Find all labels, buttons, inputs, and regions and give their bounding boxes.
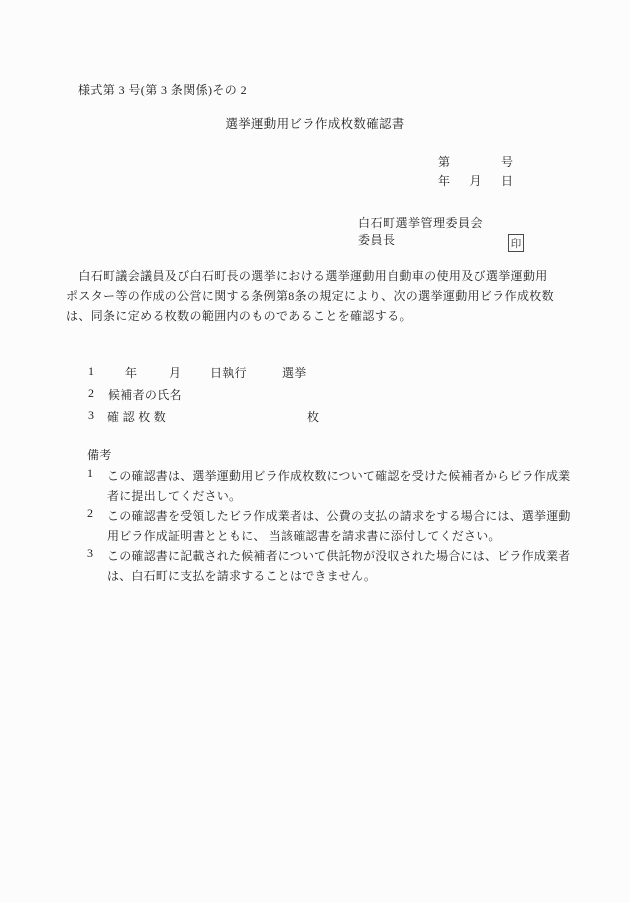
item-unit-label: 枚	[307, 408, 319, 425]
document-title: 選挙運動用ビラ作成枚数確認書	[0, 114, 630, 132]
body-line: は、同条に定める枚数の範囲内のものであることを確認する。	[66, 306, 566, 326]
doc-number-prefix: 第	[438, 153, 450, 170]
doc-number-suffix: 号	[501, 153, 513, 170]
note-line: は、白石町に支払を請求することはできません。	[107, 566, 568, 586]
item-month-label: 月	[169, 364, 181, 381]
item-number: 1	[88, 364, 94, 379]
note-line: この確認書を受領したビラ作成業者は、公費の支払の請求をする場合には、選挙運動	[107, 506, 568, 526]
seal-character: 印	[511, 236, 522, 251]
note-line: この確認書は、選挙運動用ビラ作成枚数について確認を受けた候補者からビラ作成業	[107, 466, 568, 486]
note-item: 3 この確認書に記載された候補者について供託物が没収された場合には、ビラ作成業者…	[66, 546, 568, 586]
note-item: 2 この確認書を受領したビラ作成業者は、公費の支払の請求をする場合には、選挙運動…	[66, 506, 568, 546]
form-number: 様式第 3 号(第 3 条関係)その 2	[78, 81, 247, 98]
note-line: 者に提出してください。	[107, 486, 568, 506]
item-year-label: 年	[125, 364, 137, 381]
note-number: 1	[87, 466, 93, 481]
date-year-label: 年	[438, 172, 450, 189]
item-election-date: 1 年 月 日執行 選挙	[66, 364, 566, 380]
item-candidate-name: 2 候補者の氏名	[66, 386, 566, 402]
date-line: 年 月 日	[438, 172, 513, 189]
seal-box: 印	[508, 234, 524, 252]
body-line: ポスター等の作成の公営に関する条例第8条の規定により、次の選挙運動用ビラ作成枚数	[66, 286, 566, 306]
body-line: 白石町議会議員及び白石町長の選挙における選挙運動用自動車の使用及び選挙運動用	[66, 266, 566, 286]
date-month-label: 月	[469, 172, 481, 189]
issuer-organization: 白石町選挙管理委員会	[358, 214, 483, 231]
date-day-label: 日	[501, 172, 513, 189]
document-page: 様式第 3 号(第 3 条関係)その 2 選挙運動用ビラ作成枚数確認書 第 号 …	[0, 0, 630, 903]
notes-heading: 備考	[87, 446, 112, 463]
note-line: この確認書に記載された候補者について供託物が没収された場合には、ビラ作成業者	[107, 546, 568, 566]
note-item: 1 この確認書は、選挙運動用ビラ作成枚数について確認を受けた候補者からビラ作成業…	[66, 466, 568, 506]
note-number: 3	[87, 546, 93, 561]
item-confirmed-count: 3 確 認 枚 数 枚	[66, 408, 566, 424]
doc-number-line: 第 号	[438, 153, 513, 170]
issuer-title: 委員長	[358, 231, 396, 248]
item-day-exec-label: 日執行	[210, 364, 247, 381]
item-count-label: 確 認 枚 数	[107, 408, 166, 425]
item-candidate-label: 候補者の氏名	[108, 386, 182, 403]
item-election-label: 選挙	[282, 364, 307, 381]
body-paragraph: 白石町議会議員及び白石町長の選挙における選挙運動用自動車の使用及び選挙運動用 ポ…	[66, 266, 566, 326]
note-line: 用ビラ作成証明書とともに、 当該確認書を請求書に添付してください。	[107, 526, 568, 546]
item-number: 3	[88, 408, 94, 423]
item-number: 2	[88, 386, 94, 401]
note-number: 2	[87, 506, 93, 521]
